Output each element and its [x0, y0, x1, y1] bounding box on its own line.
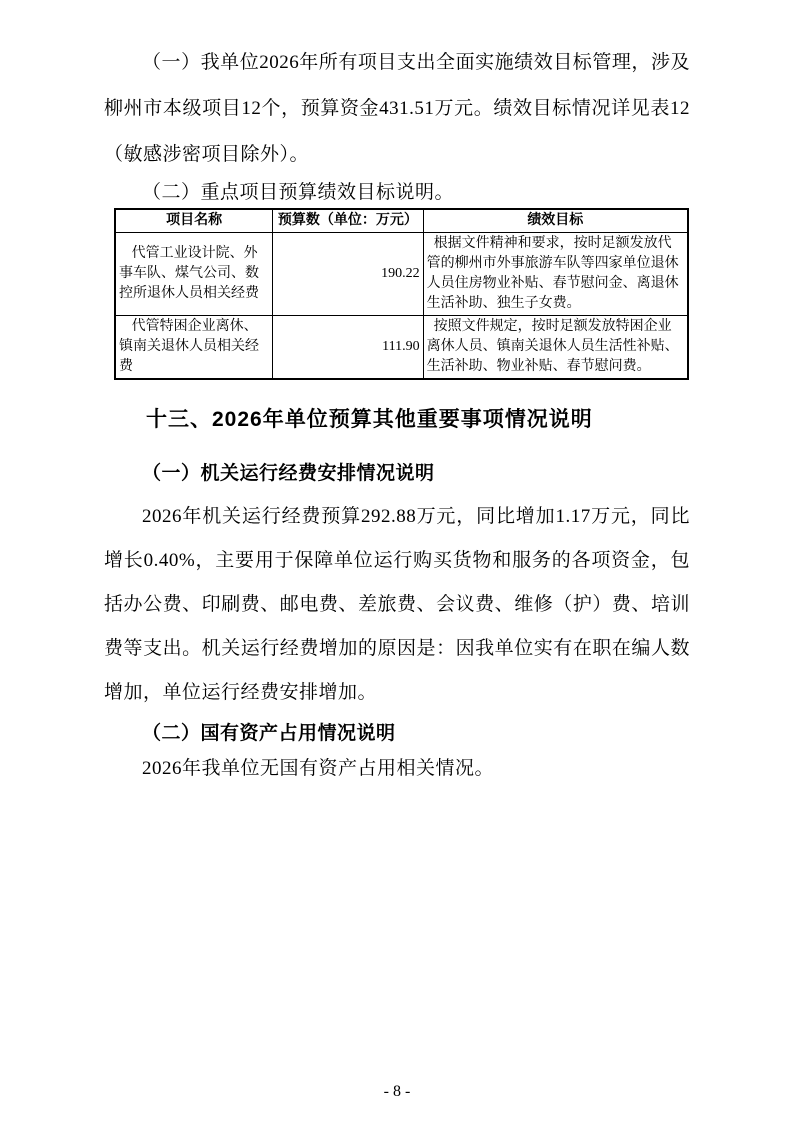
paragraph-performance-overview: （一）我单位2026年所有项目支出全面实施绩效目标管理，涉及柳州市本级项目12个… — [104, 40, 690, 178]
cell-budget-amount: 111.90 — [273, 316, 423, 380]
section-heading-thirteen: 十三、2026年单位预算其他重要事项情况说明 — [104, 405, 690, 435]
page-footer: - 8 - — [0, 1083, 794, 1101]
cell-project-name: 代管工业设计院、外事车队、煤气公司、数控所退休人员相关经费 — [115, 233, 273, 316]
page: （一）我单位2026年所有项目支出全面实施绩效目标管理，涉及柳州市本级项目12个… — [0, 0, 794, 1123]
cell-performance-target: 根据文件精神和要求，按时足额发放代管的柳州市外事旅游车队等四家单位退休人员住房物… — [423, 233, 688, 316]
header-project-name: 项目名称 — [115, 209, 273, 233]
table-body: 代管工业设计院、外事车队、煤气公司、数控所退休人员相关经费 190.22 根据文… — [115, 233, 688, 380]
cell-performance-target: 按照文件规定，按时足额发放特困企业离休人员、镇南关退休人员生活性补贴、生活补助、… — [423, 316, 688, 380]
sub-heading-operating-expenses: （一）机关运行经费安排情况说明 — [104, 460, 690, 488]
budget-performance-table: 项目名称 预算数（单位：万元） 绩效目标 代管工业设计院、外事车队、煤气公司、数… — [114, 208, 689, 380]
table-row: 代管特困企业离休、镇南关退休人员相关经费 111.90 按照文件规定，按时足额发… — [115, 316, 688, 380]
paragraph-operating-expenses: 2026年机关运行经费预算292.88万元，同比增加1.17万元，同比增长0.4… — [104, 495, 690, 715]
sub-heading-state-assets: （二）国有资产占用情况说明 — [104, 720, 690, 748]
page-content: （一）我单位2026年所有项目支出全面实施绩效目标管理，涉及柳州市本级项目12个… — [104, 40, 690, 790]
cell-project-name: 代管特困企业离休、镇南关退休人员相关经费 — [115, 316, 273, 380]
header-budget-amount: 预算数（单位：万元） — [273, 209, 423, 233]
header-performance-target: 绩效目标 — [423, 209, 688, 233]
paragraph-key-project-intro: （二）重点项目预算绩效目标说明。 — [104, 178, 690, 208]
page-number: - 8 - — [384, 1083, 411, 1100]
cell-budget-amount: 190.22 — [273, 233, 423, 316]
paragraph-state-assets: 2026年我单位无国有资产占用相关情况。 — [104, 748, 690, 790]
table-header: 项目名称 预算数（单位：万元） 绩效目标 — [115, 209, 688, 233]
table-header-row: 项目名称 预算数（单位：万元） 绩效目标 — [115, 209, 688, 233]
document-page: { "document": { "paragraphs": { "p1": "（… — [0, 0, 794, 1123]
table-row: 代管工业设计院、外事车队、煤气公司、数控所退休人员相关经费 190.22 根据文… — [115, 233, 688, 316]
